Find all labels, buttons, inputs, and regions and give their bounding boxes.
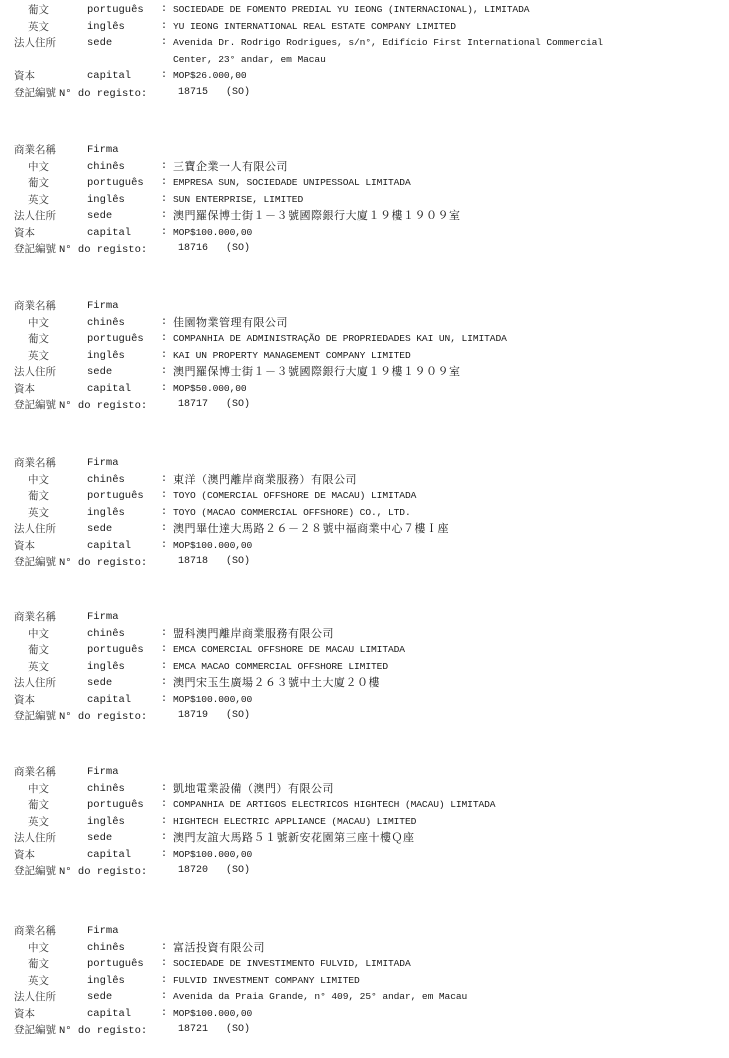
registo-label-zh: 登記編號 [14,1024,56,1036]
company-entry-18721: 商業名稱 Firma 中文 chinês : 富活投資有限公司 葡文 portu… [0,923,729,1039]
portugues-label-zh: 葡文 [28,797,49,814]
capital-label-pt: capital [87,538,131,555]
portugues-row: 葡文 português : SOCIEDADE DE INVESTIMENTO… [0,956,729,973]
firma-row: 商業名稱 Firma [0,764,729,781]
colon: : [161,940,167,957]
chines-value: 三寶企業一人有限公司 [173,159,288,176]
chines-value: 凱地電業設備（澳門）有限公司 [173,781,334,798]
registo-suffix: (SO) [226,399,250,410]
company-entry-18717: 商業名稱 Firma 中文 chinês : 佳園物業管理有限公司 葡文 por… [0,298,729,414]
firma-label-pt: Firma [87,609,119,626]
portugues-row: 葡文 português : EMPRESA SUN, SOCIEDADE UN… [0,175,729,192]
registo-label: 登記編號N° do registo: [14,554,147,573]
colon: : [161,521,167,538]
registo-value: 18718(SO) [178,554,250,571]
registo-suffix: (SO) [226,243,250,254]
portugues-value: COMPANHIA DE ADMINISTRAÇÃO DE PROPRIEDAD… [173,331,507,348]
ingles-row: 英文 inglês : FULVID INVESTMENT COMPANY LI… [0,973,729,990]
registo-value: 18715(SO) [178,85,250,102]
colon: : [161,781,167,798]
sede-value: 澳門畢仕達大馬路２６－２８號中福商業中心７樓Ｉ座 [173,521,449,538]
capital-label-zh: 資本 [14,692,35,709]
colon: : [161,830,167,847]
colon: : [161,989,167,1006]
firma-row: 商業名稱 Firma [0,455,729,472]
sede-label-pt: sede [87,35,112,52]
sede-row: 法人住所 sede : 澳門畢仕達大馬路２６－２８號中福商業中心７樓Ｉ座 [0,521,729,538]
firma-row: 商業名稱 Firma [0,923,729,940]
registo-suffix: (SO) [226,1024,250,1035]
registo-label-pt: N° do registo: [59,557,147,569]
registo-row: 登記編號N° do registo: 18717(SO) [0,397,729,414]
registo-row: 登記編號N° do registo: 18719(SO) [0,708,729,725]
chines-value: 佳園物業管理有限公司 [173,315,288,332]
registo-label-pt: N° do registo: [59,866,147,878]
sede-value: 澳門友誼大馬路５１號新安花園第三座十樓Ｑ座 [173,830,415,847]
sede-value: Avenida da Praia Grande, n° 409, 25° and… [173,989,467,1006]
registo-value: 18720(SO) [178,863,250,880]
registo-label-zh: 登記編號 [14,87,56,99]
capital-label-pt: capital [87,68,131,85]
ingles-value: TOYO (MACAO COMMERCIAL OFFSHORE) CO., LT… [173,505,411,522]
registo-value: 18719(SO) [178,708,250,725]
portugues-label-pt: português [87,488,144,505]
registo-label-zh: 登記編號 [14,710,56,722]
portugues-label-zh: 葡文 [28,642,49,659]
colon: : [161,847,167,864]
firma-label-zh: 商業名稱 [14,923,56,940]
ingles-row: 英文 inglês : TOYO (MACAO COMMERCIAL OFFSH… [0,505,729,522]
portugues-value: SOCIEDADE DE INVESTIMENTO FULVID, LIMITA… [173,956,411,973]
chines-row: 中文 chinês : 凱地電業設備（澳門）有限公司 [0,781,729,798]
firma-row: 商業名稱 Firma [0,609,729,626]
chines-label-zh: 中文 [28,940,49,957]
registo-label-pt: N° do registo: [59,244,147,256]
chines-row: 中文 chinês : 東洋（澳門離岸商業服務）有限公司 [0,472,729,489]
registo-row: 登記編號N° do registo: 18715(SO) [0,85,729,102]
chines-value: 富活投資有限公司 [173,940,265,957]
ingles-label-pt: inglês [87,19,125,36]
portugues-label-zh: 葡文 [28,331,49,348]
colon: : [161,2,167,19]
firma-row: 商業名稱 Firma [0,142,729,159]
company-entry-18720: 商業名稱 Firma 中文 chinês : 凱地電業設備（澳門）有限公司 葡文… [0,764,729,880]
capital-row: 資本 capital : MOP$100.000,00 [0,225,729,242]
ingles-row: 英文 inglês : SUN ENTERPRISE, LIMITED [0,192,729,209]
portugues-value: TOYO (COMERCIAL OFFSHORE DE MACAU) LIMIT… [173,488,416,505]
sede-row: 法人住所 sede : 澳門友誼大馬路５１號新安花園第三座十樓Ｑ座 [0,830,729,847]
capital-label-pt: capital [87,1006,131,1023]
capital-label-zh: 資本 [14,1006,35,1023]
portugues-row: 葡文 português : EMCA COMERCIAL OFFSHORE D… [0,642,729,659]
sede-row: 法人住所 sede : Avenida Dr. Rodrigo Rodrigue… [0,35,729,52]
registo-number: 18720 [178,865,208,876]
capital-value: MOP$100.000,00 [173,1006,252,1023]
chines-row: 中文 chinês : 佳園物業管理有限公司 [0,315,729,332]
portugues-label-pt: português [87,956,144,973]
sede-row: 法人住所 sede : 澳門宋玉生廣場２６３號中土大廈２０樓 [0,675,729,692]
colon: : [161,538,167,555]
colon: : [161,1006,167,1023]
sede-label-pt: sede [87,989,112,1006]
capital-row: 資本 capital : MOP$100.000,00 [0,692,729,709]
sede-value: 澳門宋玉生廣場２６３號中土大廈２０樓 [173,675,380,692]
chines-value: 東洋（澳門離岸商業服務）有限公司 [173,472,357,489]
firma-label-zh: 商業名稱 [14,455,56,472]
registo-number: 18721 [178,1024,208,1035]
capital-value: MOP$50.000,00 [173,381,247,398]
company-entry-18718: 商業名稱 Firma 中文 chinês : 東洋（澳門離岸商業服務）有限公司 … [0,455,729,571]
registo-row: 登記編號N° do registo: 18716(SO) [0,241,729,258]
chines-label-zh: 中文 [28,626,49,643]
chines-label-zh: 中文 [28,472,49,489]
registo-value: 18721(SO) [178,1022,250,1039]
firma-label-pt: Firma [87,923,119,940]
registo-label: 登記編號N° do registo: [14,241,147,260]
colon: : [161,797,167,814]
registo-number: 18718 [178,556,208,567]
colon: : [161,472,167,489]
capital-label-zh: 資本 [14,847,35,864]
portugues-label-pt: português [87,2,144,19]
firma-label-pt: Firma [87,764,119,781]
firma-label-pt: Firma [87,298,119,315]
company-entry-18719: 商業名稱 Firma 中文 chinês : 盟科澳門離岸商業服務有限公司 葡文… [0,609,729,725]
registo-suffix: (SO) [226,865,250,876]
chines-row: 中文 chinês : 盟科澳門離岸商業服務有限公司 [0,626,729,643]
registo-row: 登記編號N° do registo: 18718(SO) [0,554,729,571]
registo-label-zh: 登記編號 [14,556,56,568]
colon: : [161,19,167,36]
registo-label: 登記編號N° do registo: [14,1022,147,1041]
registo-value: 18717(SO) [178,397,250,414]
portugues-label-zh: 葡文 [28,956,49,973]
ingles-label-zh: 英文 [28,348,49,365]
ingles-value: SUN ENTERPRISE, LIMITED [173,192,303,209]
registo-label-pt: N° do registo: [59,400,147,412]
sede-label-zh: 法人住所 [14,208,56,225]
colon: : [161,315,167,332]
portugues-label-pt: português [87,642,144,659]
registo-number: 18717 [178,399,208,410]
capital-label-pt: capital [87,692,131,709]
sede-row: 法人住所 sede : Avenida da Praia Grande, n° … [0,989,729,1006]
capital-value: MOP$100.000,00 [173,692,252,709]
capital-row: 資本 capital : MOP$100.000,00 [0,538,729,555]
capital-value: MOP$100.000,00 [173,538,252,555]
colon: : [161,956,167,973]
ingles-row: 英文 inglês : YU IEONG INTERNATIONAL REAL … [0,19,729,36]
ingles-value: KAI UN PROPERTY MANAGEMENT COMPANY LIMIT… [173,348,411,365]
colon: : [161,659,167,676]
sede-label-zh: 法人住所 [14,35,56,52]
colon: : [161,642,167,659]
sede-label-zh: 法人住所 [14,364,56,381]
chines-row: 中文 chinês : 富活投資有限公司 [0,940,729,957]
firma-label-zh: 商業名稱 [14,298,56,315]
colon: : [161,348,167,365]
chines-label-pt: chinês [87,781,125,798]
ingles-label-zh: 英文 [28,505,49,522]
registo-label-pt: N° do registo: [59,88,147,100]
capital-label-pt: capital [87,847,131,864]
colon: : [161,175,167,192]
ingles-label-pt: inglês [87,659,125,676]
firma-row: 商業名稱 Firma [0,298,729,315]
ingles-label-zh: 英文 [28,192,49,209]
sede-label-pt: sede [87,675,112,692]
ingles-row: 英文 inglês : EMCA MACAO COMMERCIAL OFFSHO… [0,659,729,676]
chines-label-pt: chinês [87,626,125,643]
portugues-row: 葡文 português : TOYO (COMERCIAL OFFSHORE … [0,488,729,505]
chines-label-zh: 中文 [28,781,49,798]
colon: : [161,973,167,990]
ingles-value: HIGHTECH ELECTRIC APPLIANCE (MACAU) LIMI… [173,814,416,831]
registo-label: 登記編號N° do registo: [14,85,147,104]
sede-label-pt: sede [87,208,112,225]
ingles-label-pt: inglês [87,505,125,522]
sede-label-zh: 法人住所 [14,521,56,538]
colon: : [161,814,167,831]
chines-value: 盟科澳門離岸商業服務有限公司 [173,626,334,643]
capital-value: MOP$100.000,00 [173,847,252,864]
chines-label-pt: chinês [87,315,125,332]
colon: : [161,159,167,176]
portugues-value: COMPANHIA DE ARTIGOS ELECTRICOS HIGHTECH… [173,797,495,814]
colon: : [161,364,167,381]
sede-row-continued: Center, 23° andar, em Macau [0,52,729,69]
registo-label-zh: 登記編號 [14,399,56,411]
chines-label-pt: chinês [87,472,125,489]
registo-label-pt: N° do registo: [59,1025,147,1037]
colon: : [161,626,167,643]
registo-number: 18716 [178,243,208,254]
capital-value: MOP$26.000,00 [173,68,247,85]
capital-label-pt: capital [87,225,131,242]
colon: : [161,68,167,85]
chines-label-pt: chinês [87,940,125,957]
capital-label-zh: 資本 [14,381,35,398]
sede-row: 法人住所 sede : 澳門羅保博士街１－３號國際銀行大廈１９樓１９０９室 [0,208,729,225]
colon: : [161,35,167,52]
colon: : [161,488,167,505]
ingles-label-zh: 英文 [28,814,49,831]
ingles-row: 英文 inglês : HIGHTECH ELECTRIC APPLIANCE … [0,814,729,831]
sede-row: 法人住所 sede : 澳門羅保博士街１－３號國際銀行大廈１９樓１９０９室 [0,364,729,381]
portugues-value: EMCA COMERCIAL OFFSHORE DE MACAU LIMITAD… [173,642,405,659]
registo-label: 登記編號N° do registo: [14,397,147,416]
firma-label-zh: 商業名稱 [14,764,56,781]
registo-label: 登記編號N° do registo: [14,708,147,727]
registo-row: 登記編號N° do registo: 18720(SO) [0,863,729,880]
capital-row: 資本 capital : MOP$26.000,00 [0,68,729,85]
registo-suffix: (SO) [226,710,250,721]
registo-row: 登記編號N° do registo: 18721(SO) [0,1022,729,1039]
company-entry-18715: 葡文 português : SOCIEDADE DE FOMENTO PRED… [0,2,729,101]
sede-value: Avenida Dr. Rodrigo Rodrigues, s/n°, Edi… [173,35,603,52]
ingles-row: 英文 inglês : KAI UN PROPERTY MANAGEMENT C… [0,348,729,365]
registo-number: 18719 [178,710,208,721]
portugues-row: 葡文 português : COMPANHIA DE ARTIGOS ELEC… [0,797,729,814]
ingles-label-pt: inglês [87,814,125,831]
registo-value: 18716(SO) [178,241,250,258]
capital-label-zh: 資本 [14,225,35,242]
registo-label-zh: 登記編號 [14,243,56,255]
registo-label-pt: N° do registo: [59,711,147,723]
colon: : [161,331,167,348]
registo-label: 登記編號N° do registo: [14,863,147,882]
portugues-label-zh: 葡文 [28,488,49,505]
capital-row: 資本 capital : MOP$100.000,00 [0,847,729,864]
portugues-label-pt: português [87,331,144,348]
colon: : [161,381,167,398]
chines-label-zh: 中文 [28,159,49,176]
ingles-label-zh: 英文 [28,973,49,990]
company-entry-18716: 商業名稱 Firma 中文 chinês : 三寶企業一人有限公司 葡文 por… [0,142,729,258]
portugues-label-zh: 葡文 [28,2,49,19]
firma-label-pt: Firma [87,142,119,159]
portugues-label-zh: 葡文 [28,175,49,192]
ingles-label-pt: inglês [87,973,125,990]
colon: : [161,692,167,709]
colon: : [161,225,167,242]
ingles-label-zh: 英文 [28,659,49,676]
sede-label-zh: 法人住所 [14,830,56,847]
colon: : [161,675,167,692]
sede-label-pt: sede [87,830,112,847]
sede-label-zh: 法人住所 [14,675,56,692]
registo-suffix: (SO) [226,87,250,98]
colon: : [161,192,167,209]
registo-suffix: (SO) [226,556,250,567]
chines-label-pt: chinês [87,159,125,176]
firma-label-pt: Firma [87,455,119,472]
chines-row: 中文 chinês : 三寶企業一人有限公司 [0,159,729,176]
capital-value: MOP$100.000,00 [173,225,252,242]
sede-label-pt: sede [87,364,112,381]
capital-row: 資本 capital : MOP$50.000,00 [0,381,729,398]
portugues-label-pt: português [87,797,144,814]
firma-label-zh: 商業名稱 [14,142,56,159]
registo-number: 18715 [178,87,208,98]
sede-label-zh: 法人住所 [14,989,56,1006]
capital-label-zh: 資本 [14,538,35,555]
capital-label-zh: 資本 [14,68,35,85]
ingles-value: YU IEONG INTERNATIONAL REAL ESTATE COMPA… [173,19,456,36]
sede-label-pt: sede [87,521,112,538]
ingles-label-zh: 英文 [28,19,49,36]
ingles-value: EMCA MACAO COMMERCIAL OFFSHORE LIMITED [173,659,388,676]
portugues-label-pt: português [87,175,144,192]
colon: : [161,208,167,225]
portugues-value: EMPRESA SUN, SOCIEDADE UNIPESSOAL LIMITA… [173,175,411,192]
capital-label-pt: capital [87,381,131,398]
ingles-label-pt: inglês [87,348,125,365]
colon: : [161,505,167,522]
portugues-row: 葡文 português : SOCIEDADE DE FOMENTO PRED… [0,2,729,19]
registo-label-zh: 登記編號 [14,865,56,877]
firma-label-zh: 商業名稱 [14,609,56,626]
sede-value: 澳門羅保博士街１－３號國際銀行大廈１９樓１９０９室 [173,364,461,381]
ingles-label-pt: inglês [87,192,125,209]
sede-value-line2: Center, 23° andar, em Macau [173,52,326,69]
portugues-value: SOCIEDADE DE FOMENTO PREDIAL YU IEONG (I… [173,2,529,19]
sede-value: 澳門羅保博士街１－３號國際銀行大廈１９樓１９０９室 [173,208,461,225]
portugues-row: 葡文 português : COMPANHIA DE ADMINISTRAÇÃ… [0,331,729,348]
chines-label-zh: 中文 [28,315,49,332]
ingles-value: FULVID INVESTMENT COMPANY LIMITED [173,973,360,990]
capital-row: 資本 capital : MOP$100.000,00 [0,1006,729,1023]
